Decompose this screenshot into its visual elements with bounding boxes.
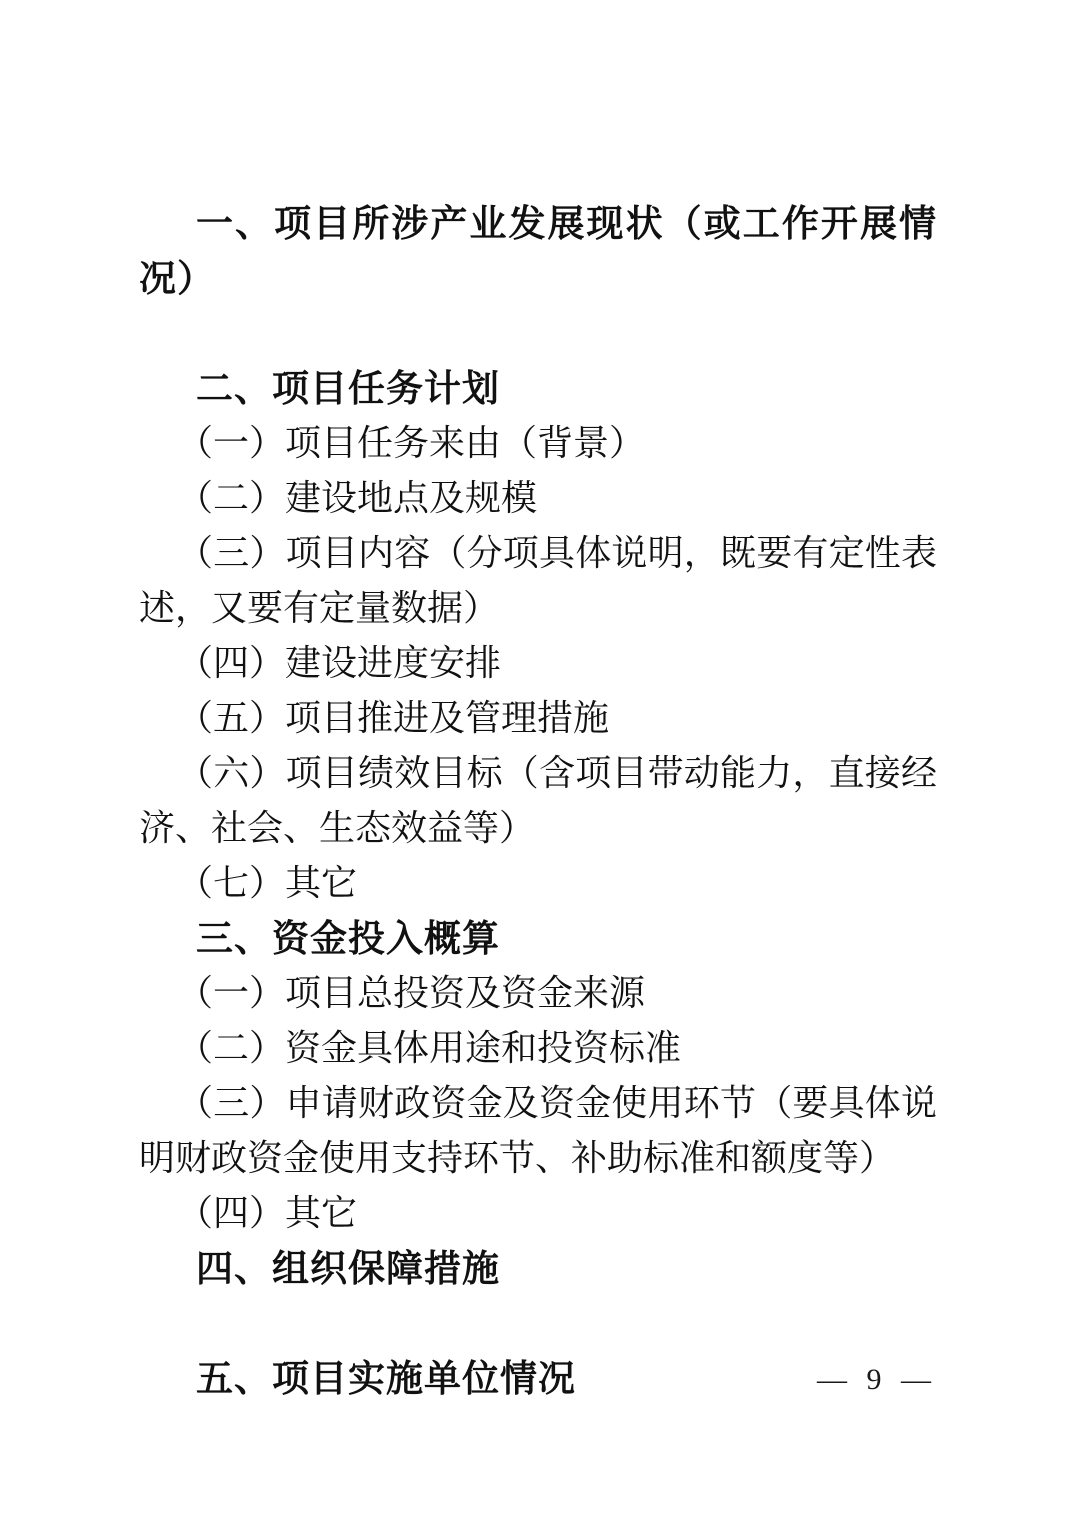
- outline-item-3-2: （二）资金具体用途和投资标准: [139, 1021, 937, 1076]
- page-number: — 9 —: [817, 1362, 937, 1398]
- outline-item-2-7: （七）其它: [139, 856, 937, 911]
- outline-item-3-4: （四）其它: [139, 1186, 937, 1241]
- section-heading-4: 四、组织保障措施: [139, 1241, 937, 1296]
- outline-item-2-6: （六）项目绩效目标（含项目带动能力，直接经济、社会、生态效益等）: [139, 746, 937, 856]
- document-body: 一、项目所涉产业发展现状（或工作开展情况） 二、项目任务计划 （一）项目任务来由…: [139, 196, 937, 1406]
- outline-item-3-3: （三）申请财政资金及资金使用环节（要具体说明财政资金使用支持环节、补助标准和额度…: [139, 1076, 937, 1186]
- outline-item-2-5: （五）项目推进及管理措施: [139, 691, 937, 746]
- outline-item-3-1: （一）项目总投资及资金来源: [139, 966, 937, 1021]
- outline-item-2-3: （三）项目内容（分项具体说明，既要有定性表述，又要有定量数据）: [139, 526, 937, 636]
- section-heading-2: 二、项目任务计划: [139, 361, 937, 416]
- section-heading-1: 一、项目所涉产业发展现状（或工作开展情况）: [139, 196, 937, 306]
- outline-item-2-2: （二）建设地点及规模: [139, 471, 937, 526]
- outline-item-2-4: （四）建设进度安排: [139, 636, 937, 691]
- outline-item-2-1: （一）项目任务来由（背景）: [139, 416, 937, 471]
- section-heading-3: 三、资金投入概算: [139, 911, 937, 966]
- document-page: 一、项目所涉产业发展现状（或工作开展情况） 二、项目任务计划 （一）项目任务来由…: [0, 0, 1074, 1520]
